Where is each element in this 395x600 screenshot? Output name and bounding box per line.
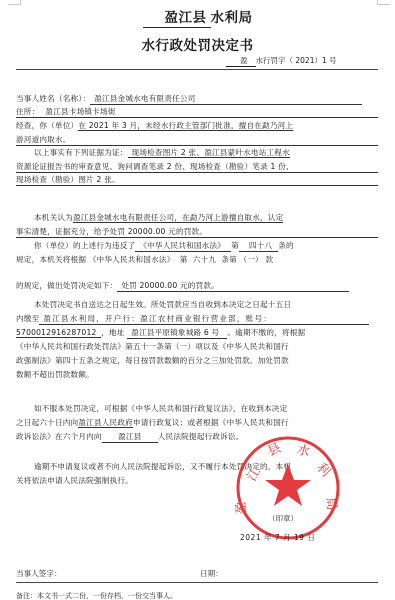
signature-date-label: 日期： [200, 568, 223, 579]
document-number: 盈水行罚字（ 2021）1 号 [226, 55, 337, 67]
facts-value: 在 2021 年 3 月，未经水行政主管部门批准，擅自在勐乃河上 [78, 121, 293, 131]
crop-mark-top-right [377, 0, 390, 5]
svg-text:县: 县 [265, 441, 283, 460]
svg-text:水: 水 [295, 441, 312, 460]
payment-text: ，地址 [101, 328, 124, 337]
account-number: 5700012916287012 [16, 328, 97, 338]
payment-line-3: 5700012916287012 ，地址 盈江县平原镇象城路 6 号。逾期不缴的… [16, 328, 378, 339]
violation-text: 条的 [278, 241, 294, 250]
appeal-text: 政诉讼法》在六个月内向 [16, 432, 102, 441]
appeal-text: 申请行政复议；或者根据《中华人民共和国行 [133, 418, 289, 427]
issuing-authority: 盈江县水利局 [0, 6, 395, 28]
footer-note: 备注：本文书一式二份，一份存档，一份交当事人。 [16, 591, 177, 600]
party-name-value: 盈江县金城水电有限责任公司 [90, 94, 362, 105]
appeal-line-1: 如不服本处罚决定，可根据《中华人民共和国行政复议法》，在收到本决定 [16, 404, 395, 414]
svg-text:盈: 盈 [234, 501, 250, 515]
bureau-name: 水利局 [211, 10, 253, 26]
violated-law: 《中华人民共和国水法》 [135, 241, 231, 252]
header-divider [16, 69, 378, 70]
evidence-line-3: 现场检查（勘验）图片 2 张。 [16, 175, 378, 186]
finding-value: 盈江县金城水电有限责任公司，在勐乃河上游擅自取水，认定 [73, 213, 283, 223]
appeal-text: 之日起六十日内向 [16, 418, 78, 427]
review-authority: 盈江县人民政府 [78, 418, 133, 428]
party-address-value: 盈江县卡场镇卡场街 [39, 107, 115, 116]
violation-text: 你（单位）的上述行为违反了 [34, 241, 135, 250]
decision-prefix: 的规定，做出处罚决定如下： [16, 281, 117, 290]
violation-line-1: 你（单位）的上述行为违反了《中华人民共和国水法》第四十八条的 [16, 241, 395, 252]
facts-prefix: 经查，你（单位） [16, 121, 78, 130]
document-title: 水行政处罚决定书 [0, 34, 395, 54]
payee-bank-info: 盈江县水利局，开户行：盈江农村商业银行营业部，账号： [39, 314, 369, 325]
payment-line-1: 本处罚决定书自送达之日起生效。所处罚款应当自收到本决定之日起十五日 [16, 300, 395, 310]
appeal-line-3: 政诉讼法》在六个月内向盈江县人民法院提起行政诉讼。 [16, 432, 378, 443]
payment-line-6: 数额不超出罚款数额。 [16, 370, 378, 380]
svg-text:局: 局 [322, 496, 339, 511]
facts-line-2: 游河道内取水。 [16, 135, 378, 146]
appeal-line-2: 之日起六十日内向盈江县人民政府申请行政复议；或者根据《中华人民共和国行 [16, 418, 378, 428]
payment-line-2: 内缴至盈江县水利局，开户行：盈江农村商业银行营业部，账号： [16, 314, 378, 325]
official-seal-stamp: 江 县 水 利 局 盈 [234, 434, 342, 542]
seal-label: （印章） [268, 513, 298, 524]
docno-text: 水行罚字（ 2021）1 号 [256, 56, 337, 65]
finding-prefix: 本机关认为 [34, 213, 73, 222]
footer-divider [16, 582, 378, 583]
finding-line-2: 事实清楚，证据充分，给予处罚 20000.00 元的罚款。 [16, 227, 378, 238]
payment-line-4: 《中华人民共和国行政处罚法》第五十一条第（一）项以及《中华人民共和国行 [16, 342, 378, 352]
violation-line-2: 规定，本机关将根据 《中华人民共和国水法》 第 六十九 条第 （一） 款 [16, 255, 378, 265]
violated-article: 四十八 [239, 241, 278, 252]
party-name-label: 当事人姓名（名称）： [16, 94, 90, 103]
payee-address: 盈江县平原镇象城路 6 号 [127, 328, 227, 339]
crop-mark-top-left [8, 0, 21, 5]
party-name-line: 当事人姓名（名称）：盈江县金城水电有限责任公司 [16, 94, 378, 105]
enforcement-line-1: 逾期不申请复议或者不向人民法院提起诉讼，又不履行本处罚决定的，本机 [16, 462, 395, 472]
appeal-text: 人民法院提起行政诉讼。 [158, 432, 244, 441]
facts-line-1: 经查，你（单位）在 2021 年 3 月，未经水行政主管部门批准，擅自在勐乃河上 [16, 121, 378, 131]
violation-line-3: 的规定，做出处罚决定如下：处罚 20000.00 元的罚款。 [16, 281, 378, 292]
evidence-value: 现场检查图片 2 张、盈江县蒙叶水电站工程水 [128, 148, 290, 158]
payment-prefix: 内缴至 [16, 314, 39, 323]
evidence-line-1: 以上事实有下列证据为证：现场检查图片 2 张、盈江县蒙叶水电站工程水 [16, 148, 395, 158]
court-county: 盈江县 [102, 432, 158, 443]
docno-prefix: 盈 [226, 55, 256, 67]
issue-date: 2021 年 7 月 19 日 [240, 532, 315, 543]
payment-line-5: 政强制法》第四十五条之规定，每日按罚款数额的百分之三加处罚款。加处罚款 [16, 356, 378, 366]
evidence-prefix: 以上事实有下列证据为证： [34, 148, 128, 157]
finding-line-1: 本机关认为盈江县金城水电有限责任公司，在勐乃河上游擅自取水，认定 [16, 213, 395, 223]
party-address-label: 住所： [16, 107, 39, 116]
party-signature-label: 当事人签字： [16, 568, 62, 579]
decision-value: 处罚 20000.00 元的罚款。 [117, 281, 349, 292]
violation-text: 第 [231, 241, 239, 250]
evidence-line-2: 资源论证报告书的审查意见、询问调查笔录 2 份、现场检查（勘验）笔录 1 份、 [16, 162, 378, 173]
county-name: 盈江县 [143, 10, 211, 28]
party-address-line: 住所：盈江县卡场镇卡场街 [16, 107, 378, 118]
enforcement-line-2: 关将依法申请人民法院强制执行。 [16, 476, 378, 486]
payment-text: 。逾期不缴的，将根据 [227, 328, 305, 337]
